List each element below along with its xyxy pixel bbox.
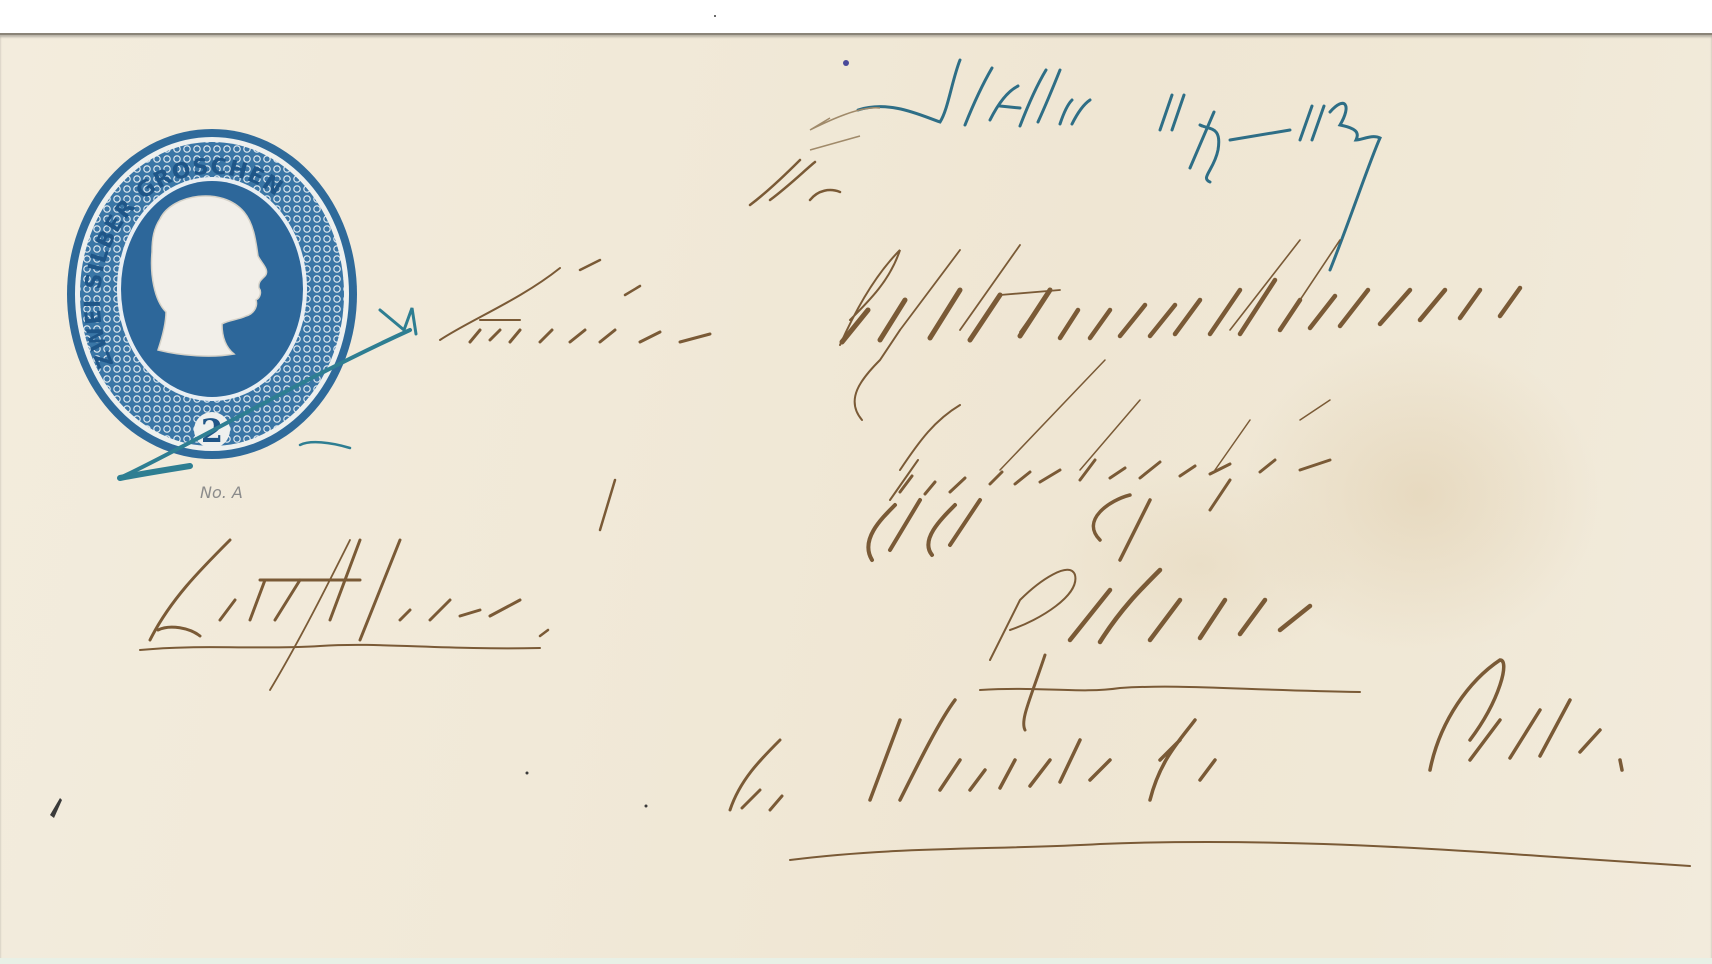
svg-text:2: 2 bbox=[201, 412, 223, 450]
scan-edge bbox=[0, 958, 1712, 964]
embossed-stamp-2-silbergroschen: ZWEI SILBER GROSCHEN 2 bbox=[62, 124, 362, 464]
